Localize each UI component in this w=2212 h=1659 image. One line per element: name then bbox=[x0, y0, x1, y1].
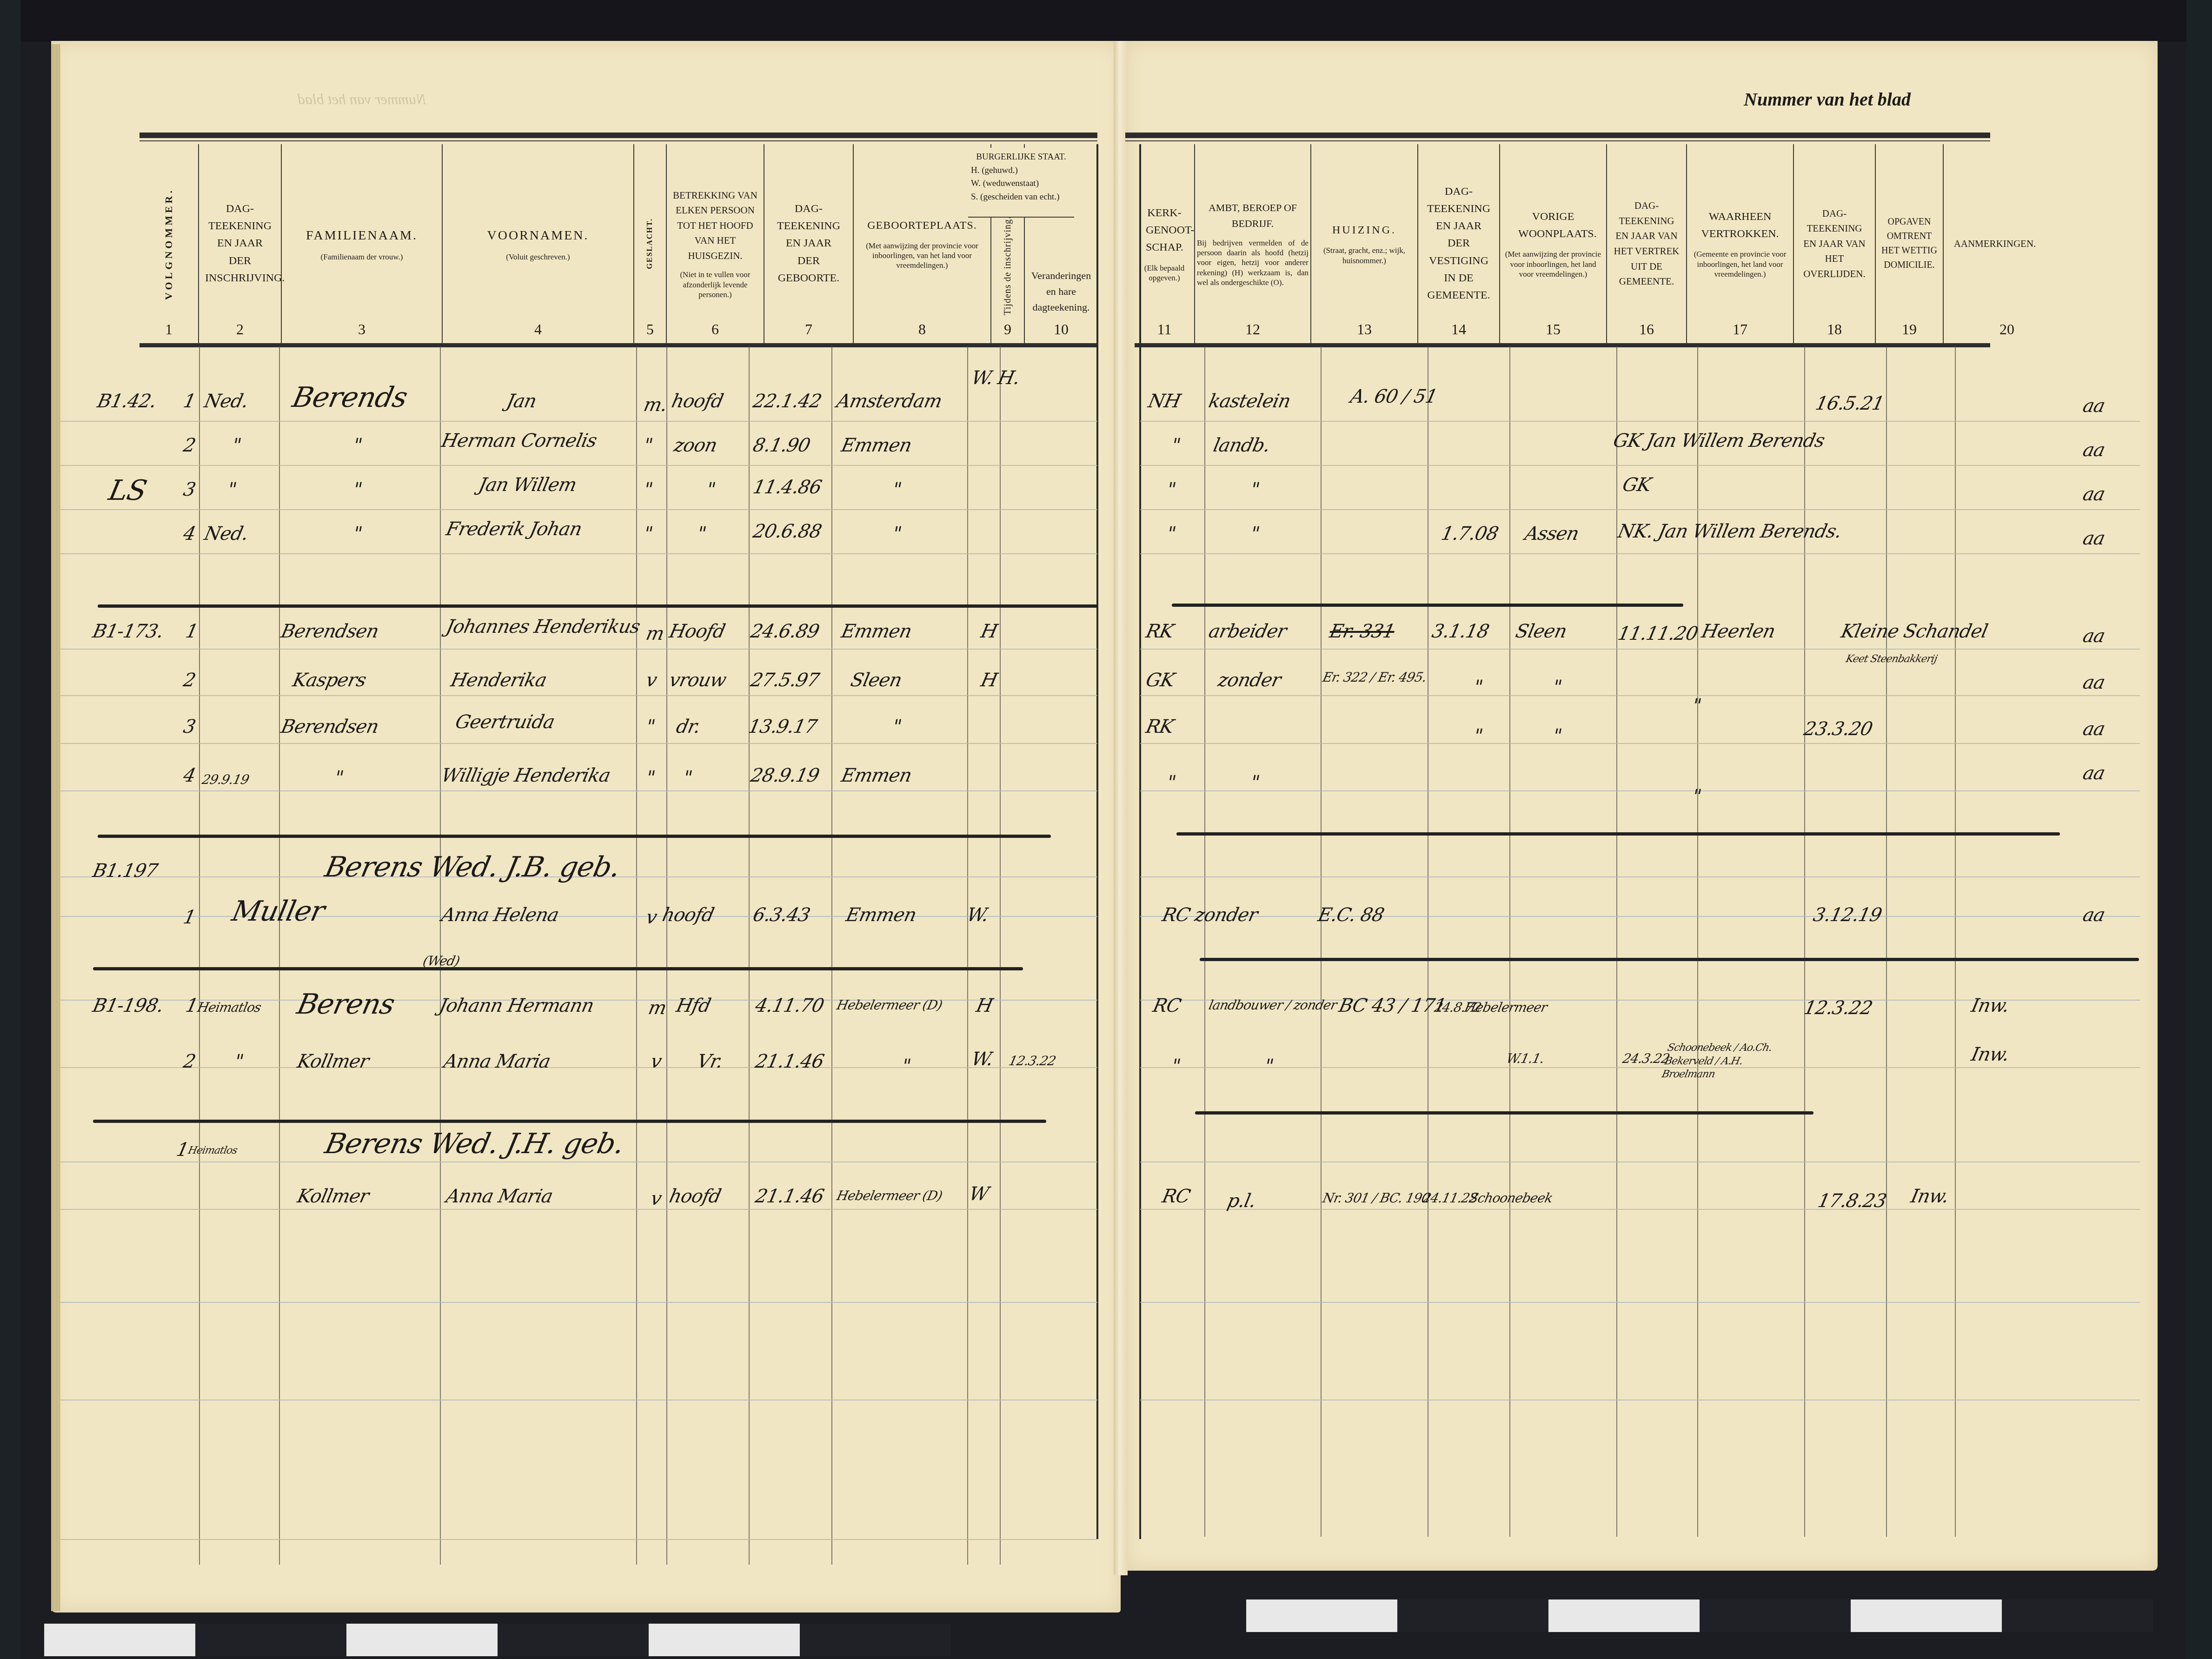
household-heading: Berens Wed. J.H. geb. bbox=[322, 1128, 627, 1160]
col-13-header: HUIZING. (Straat, gracht, enz.; wijk, hu… bbox=[1311, 144, 1418, 343]
aanmerking: aa bbox=[2081, 395, 2106, 417]
ruled-line bbox=[1140, 465, 2140, 466]
ruled-line bbox=[1140, 1209, 2140, 1210]
huizing: BC 43 / 171 bbox=[1337, 995, 1448, 1016]
household-separator bbox=[1176, 832, 2060, 836]
col-divider bbox=[666, 346, 667, 1565]
ruled-line bbox=[1140, 916, 2140, 917]
ruled-line bbox=[60, 695, 1097, 696]
geboortedatum: 11.4.86 bbox=[751, 477, 823, 498]
ruled-line bbox=[1140, 421, 2140, 422]
voornamen: Johann Hermann bbox=[437, 995, 596, 1016]
geboortedatum: 13.9.17 bbox=[746, 716, 818, 737]
vorige-woonplaats: Sleen bbox=[1514, 621, 1568, 642]
header-top-thin-rule-left bbox=[139, 140, 1097, 141]
geboorteplaats: Hebelermeer (D) bbox=[835, 1188, 943, 1203]
col-2-header: DAG-TEEKENING EN JAAR DER INSCHRIJVING. … bbox=[199, 144, 282, 343]
inschrijving: Heimatlos bbox=[196, 1000, 262, 1015]
burgerlijke-staat: W. H. bbox=[970, 367, 1022, 389]
col-divider bbox=[1886, 346, 1887, 1537]
aanmerking: aa bbox=[2081, 718, 2106, 740]
domicilie: Kleine Schandel bbox=[1839, 621, 1989, 642]
col-15-header: VORIGE WOONPLAATS. (Met aanwijzing der p… bbox=[1500, 144, 1607, 343]
household-ref: B1-198. bbox=[91, 995, 165, 1016]
ruled-line bbox=[1140, 1400, 2140, 1400]
kerkgenootschap: RC bbox=[1151, 995, 1183, 1016]
waarheen: NK. Jan Willem Berends. bbox=[1616, 521, 1843, 542]
huizing: Nr. 301 / BC. 190 bbox=[1321, 1190, 1431, 1206]
household-separator bbox=[98, 835, 1051, 838]
kerkgenootschap: NH bbox=[1146, 391, 1182, 412]
col-divider bbox=[1000, 346, 1001, 1565]
beroep: p.l. bbox=[1225, 1190, 1258, 1212]
beroep: kastelein bbox=[1207, 391, 1292, 412]
ruled-line bbox=[60, 1302, 1097, 1303]
col-divider bbox=[1321, 346, 1322, 1537]
ruled-line bbox=[60, 553, 1097, 554]
beroep: landb. bbox=[1211, 435, 1272, 456]
beroep: arbeider bbox=[1207, 621, 1288, 642]
vestiging: 3.1.18 bbox=[1430, 621, 1491, 642]
col-divider bbox=[199, 346, 200, 1565]
kerkgenootschap: GK bbox=[1144, 670, 1176, 691]
betrekking: Hoofd bbox=[667, 621, 727, 642]
voornamen: Jan bbox=[505, 391, 538, 412]
ruled-line bbox=[1140, 695, 2140, 696]
burgerlijke-staat-group: BURGERLIJKE STAAT. H. (gehuwd.) W. (wedu… bbox=[968, 148, 1074, 218]
geboortedatum: 4.11.70 bbox=[753, 995, 825, 1016]
inschrijving: Ned. bbox=[202, 523, 250, 544]
col-divider bbox=[1428, 346, 1428, 1537]
voornamen: Anna Maria bbox=[444, 1186, 554, 1207]
ruled-line bbox=[1140, 649, 2140, 650]
household-separator bbox=[1195, 1111, 1813, 1115]
geboortedatum: 24.6.89 bbox=[749, 621, 821, 642]
col-20-header: AANMERKINGEN. 20 bbox=[1944, 144, 1990, 343]
ruled-line bbox=[1140, 1161, 2140, 1162]
kerkgenootschap: RK bbox=[1144, 621, 1176, 642]
header-bottom-rule-right bbox=[1135, 343, 1990, 347]
col-6-header: BETREKKING VAN ELKEN PERSOON TOT HET HOO… bbox=[667, 144, 764, 343]
overlijden: 3.12.19 bbox=[1811, 904, 1883, 926]
ruled-line bbox=[60, 509, 1097, 510]
header-left: VOLGNOMMER. 1 DAG-TEEKENING EN JAAR DER … bbox=[139, 144, 1097, 343]
betrekking: hoofd bbox=[660, 904, 716, 926]
ruled-line bbox=[60, 421, 1097, 422]
col-14-header: DAG-TEEKENING EN JAAR DER VESTIGING IN D… bbox=[1418, 144, 1500, 343]
page-edges bbox=[51, 44, 60, 1611]
overlijden: 12.3.22 bbox=[1802, 997, 1874, 1019]
familienaam: Berens bbox=[294, 988, 398, 1021]
household-separator bbox=[1172, 604, 1683, 607]
geboortedatum: 21.1.46 bbox=[753, 1051, 825, 1072]
col-divider bbox=[967, 346, 968, 1565]
ruled-line bbox=[1140, 509, 2140, 510]
geboorteplaats: Emmen bbox=[839, 435, 913, 456]
voornamen: Henderika bbox=[449, 670, 548, 691]
book-cover-top bbox=[0, 0, 2212, 42]
header-top-rule-left bbox=[139, 133, 1097, 138]
inschrijving: 29.9.19 bbox=[200, 772, 250, 787]
ruled-line bbox=[60, 1400, 1097, 1400]
household-ref: B1.197 bbox=[91, 860, 159, 882]
header-top-thin-rule-right bbox=[1125, 140, 1990, 141]
ruled-line bbox=[60, 465, 1097, 466]
header-right: KERK-GENOOT-SCHAP. (Elk bepaald opgeven.… bbox=[1135, 144, 1990, 343]
waarheen: Heerlen bbox=[1700, 621, 1777, 642]
inschrijving: Heimatlos bbox=[187, 1145, 238, 1156]
betrekking: Vr. bbox=[695, 1051, 724, 1072]
col-12-header: AMBT, BEROEP OF BEDRIJF. Bij bedrijven v… bbox=[1195, 144, 1311, 343]
waarheen: GK Jan Willem Berends bbox=[1611, 430, 1827, 451]
col-4-header: VOORNAMEN. (Voluit geschreven.) 4 bbox=[443, 144, 634, 343]
huizing: W.1.1. bbox=[1505, 1051, 1545, 1066]
household-heading: Berens Wed. J.B. geb. bbox=[322, 851, 623, 883]
domicilie-note: Keet Steenbakkerij bbox=[1845, 653, 1938, 665]
domicilie: Inw. bbox=[1969, 1044, 2011, 1065]
ruled-line bbox=[60, 916, 1097, 917]
voornamen: Anna Maria bbox=[442, 1051, 552, 1072]
col-divider bbox=[831, 346, 832, 1565]
vorige-woonplaats: Hebelermeer bbox=[1463, 1000, 1548, 1015]
huizing: A. 60 / 51 bbox=[1348, 386, 1439, 407]
col-17-header: WAARHEEN VERTROKKEN. (Gemeente en provin… bbox=[1687, 144, 1794, 343]
geboorteplaats: Emmen bbox=[839, 621, 913, 642]
col-divider bbox=[279, 346, 280, 1565]
geboortedatum: 20.6.88 bbox=[751, 521, 823, 542]
geboorteplaats: Emmen bbox=[839, 765, 913, 786]
ruled-line bbox=[60, 1067, 1097, 1068]
betrekking: zoon bbox=[672, 435, 719, 456]
right-page-border bbox=[1139, 144, 1141, 1539]
col-divider bbox=[636, 346, 637, 1565]
waarheen: Schoonebeek / Ao.Ch. Bekerveld / A.H. Br… bbox=[1661, 1042, 1790, 1082]
geboorteplaats: Hebelermeer (D) bbox=[835, 997, 943, 1013]
familienaam: Muller bbox=[229, 895, 328, 928]
col-divider bbox=[1955, 346, 1956, 1537]
margin-note: LS bbox=[106, 474, 150, 507]
vorige-woonplaats: Assen bbox=[1523, 523, 1581, 544]
geboortedatum: 28.9.19 bbox=[749, 765, 821, 786]
col-divider bbox=[749, 346, 750, 1565]
kerkgenootschap: RC bbox=[1160, 1186, 1192, 1207]
betrekking: vrouw bbox=[667, 670, 728, 691]
aanmerking: aa bbox=[2081, 904, 2106, 926]
household-separator bbox=[93, 967, 1023, 970]
voornamen: Willigje Henderika bbox=[439, 765, 612, 786]
familienaam: Kollmer bbox=[295, 1186, 371, 1207]
bleed-through-text: Nummer van het blad bbox=[298, 91, 426, 108]
huizing: Er. 331 bbox=[1328, 621, 1396, 642]
book-gutter bbox=[1114, 41, 1128, 1575]
beroep: landbouwer / zonder bbox=[1207, 997, 1338, 1013]
col-5-header: GESLACHT. 5 bbox=[634, 144, 667, 343]
geboortedatum: 27.5.97 bbox=[749, 670, 821, 691]
household-separator bbox=[98, 604, 1097, 608]
geboorteplaats: Amsterdam bbox=[835, 391, 943, 412]
kerkgenootschap: RK bbox=[1144, 716, 1176, 737]
book-cover-left bbox=[0, 0, 21, 1659]
vorige-woonplaats: Schoonebeek bbox=[1468, 1190, 1554, 1206]
ruled-line bbox=[60, 1539, 1097, 1540]
aanmerking: aa bbox=[2081, 672, 2106, 693]
col-divider bbox=[1204, 346, 1205, 1537]
ruled-line bbox=[1140, 1067, 2140, 1068]
geboorteplaats: Emmen bbox=[844, 904, 918, 926]
domicilie: Inw. bbox=[1909, 1186, 1951, 1207]
col-18-header: DAG-TEEKENING EN JAAR VAN HET OVERLIJDEN… bbox=[1794, 144, 1876, 343]
ruled-line bbox=[1140, 790, 2140, 791]
voornamen: Frederik Johan bbox=[444, 518, 584, 540]
geboorteplaats: Sleen bbox=[849, 670, 903, 691]
inschrijving: Ned. bbox=[202, 391, 250, 412]
overlijden: 23.3.20 bbox=[1802, 718, 1874, 740]
huizing: E.C. 88 bbox=[1316, 904, 1386, 926]
huizing: Er. 322 / Er. 495. bbox=[1321, 670, 1428, 685]
col-3-header: FAMILIENAAM. (Familienaam der vrouw.) 3 bbox=[282, 144, 443, 343]
familienaam: Berends bbox=[290, 381, 411, 414]
page-number-label: Nummer van het blad bbox=[1744, 88, 1911, 110]
aanmerking: aa bbox=[2081, 763, 2106, 784]
familienaam: Kollmer bbox=[295, 1051, 371, 1072]
familienaam: Berendsen bbox=[279, 716, 380, 737]
voornamen: Anna Helena bbox=[439, 904, 560, 926]
color-calibration-strip-left bbox=[44, 1624, 951, 1656]
col-19-header: OPGAVEN OMTRENT HET WETTIG DOMICILIE. 19 bbox=[1876, 144, 1944, 343]
book-cover-right bbox=[2186, 0, 2212, 1659]
familienaam: Berendsen bbox=[279, 621, 380, 642]
overlijden: 17.8.23 bbox=[1816, 1190, 1888, 1212]
betrekking: dr. bbox=[674, 716, 702, 737]
aanmerking: aa bbox=[2081, 439, 2106, 461]
voornamen: Jan Willem bbox=[477, 474, 578, 496]
beroep: zonder bbox=[1193, 904, 1259, 926]
vertrek: 11.11.20 bbox=[1616, 623, 1700, 644]
verandering: 12.3.22 bbox=[1007, 1053, 1057, 1068]
beroep: zonder bbox=[1216, 670, 1282, 691]
left-page-border bbox=[1096, 144, 1098, 1539]
ruled-line bbox=[60, 1161, 1097, 1162]
col-1-header: VOLGNOMMER. 1 bbox=[139, 144, 199, 343]
vestiging: 1.7.08 bbox=[1439, 523, 1500, 544]
color-calibration-strip-right bbox=[1246, 1599, 2153, 1632]
ruled-line bbox=[60, 743, 1097, 744]
betrekking: hoofd bbox=[667, 1186, 723, 1207]
aanmerking: aa bbox=[2081, 528, 2106, 549]
household-ref: B1.42. bbox=[95, 391, 158, 412]
household-separator bbox=[93, 1120, 1046, 1123]
geboortedatum: 8.1.90 bbox=[751, 435, 812, 456]
waarheen: GK bbox=[1621, 474, 1653, 496]
ruled-line bbox=[60, 790, 1097, 791]
ruled-line bbox=[1140, 743, 2140, 744]
aanmerking: aa bbox=[2081, 625, 2106, 647]
col-11-header: KERK-GENOOT-SCHAP. (Elk bepaald opgeven.… bbox=[1135, 144, 1195, 343]
vertrek: 24.3.22 bbox=[1621, 1051, 1671, 1066]
col-divider bbox=[1616, 346, 1617, 1537]
voornamen: Herman Cornelis bbox=[439, 430, 598, 451]
aanmerking: aa bbox=[2081, 484, 2106, 505]
kerkgenootschap: RC bbox=[1160, 904, 1192, 926]
overlijden: 16.5.21 bbox=[1813, 393, 1886, 414]
ruled-line bbox=[60, 649, 1097, 650]
col-divider bbox=[1509, 346, 1510, 1537]
col-16-header: DAG-TEEKENING EN JAAR VAN HET VERTREK UI… bbox=[1607, 144, 1687, 343]
ruled-line bbox=[1140, 876, 2140, 877]
betrekking: hoofd bbox=[670, 391, 725, 412]
familienaam: Kaspers bbox=[291, 670, 368, 691]
header-bottom-rule-left bbox=[139, 343, 1097, 347]
ruled-line bbox=[1140, 1302, 2140, 1303]
household-separator bbox=[1200, 958, 2139, 961]
geboortedatum: 21.1.46 bbox=[753, 1186, 825, 1207]
domicilie: Inw. bbox=[1969, 995, 2011, 1016]
header-top-rule-right bbox=[1125, 133, 1990, 138]
geboortedatum: 6.3.43 bbox=[751, 904, 812, 926]
geboortedatum: 22.1.42 bbox=[751, 391, 823, 412]
ruled-line bbox=[60, 1209, 1097, 1210]
voornamen: Geertruida bbox=[453, 711, 556, 733]
betrekking: Hfd bbox=[674, 995, 712, 1016]
col-7-header: DAG-TEEKENING EN JAAR DER GEBOORTE. 7 bbox=[764, 144, 854, 343]
geslacht: m. bbox=[642, 394, 669, 416]
voornamen-note: (Wed) bbox=[421, 953, 461, 969]
ruled-line bbox=[1140, 553, 2140, 554]
voornamen: Johannes Henderikus bbox=[444, 616, 642, 637]
household-ref: B1-173. bbox=[91, 621, 165, 642]
